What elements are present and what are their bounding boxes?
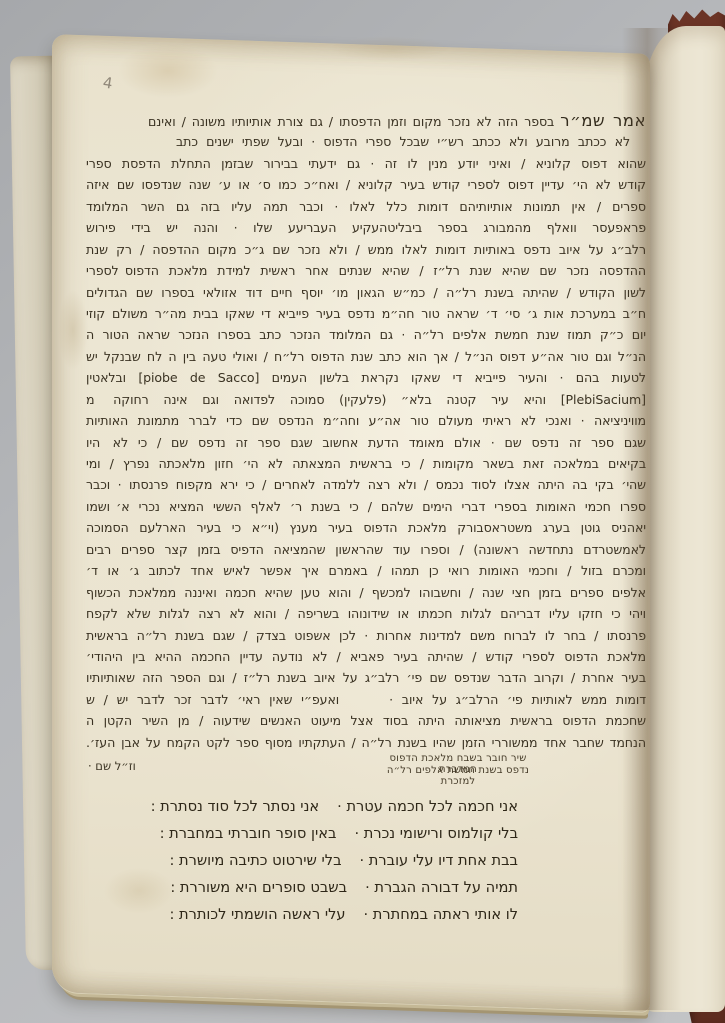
poem-hemistich-left: בלי שירטוט כתיבה מיושרת : [169, 851, 341, 871]
text-line: ח״ב במערכת אות ג׳ סי׳ ד׳ שראה טור חה״מ נ… [86, 303, 646, 324]
text-line: ומכרם בזול / וחכמי האומות רואי כן תמהו /… [86, 560, 646, 581]
poem-row: בלי קולמוס ורישומי נכרת · באין סופר חובר… [151, 824, 518, 844]
poem-row: אני חכמה לכל חכמה עטרת · אני נסתר לכל סו… [151, 797, 518, 817]
text-line: לא ככתב מרובע ולא ככתב רש״י שבכל ספרי הד… [86, 131, 646, 152]
text-line: הנחמד שחבר אחד ממשוררי הזמן שהיו בשנת רל… [86, 732, 646, 753]
printed-text-block: אמר שמ״ר בספר הזה לא נזכר מקום וזמן הדפס… [86, 110, 646, 925]
poem-hemistich-right: בבת אחת דיו עלי עוברת · [360, 851, 518, 871]
text-line: מוויניציאה · ואנכי לא ראיתי מעולם טור אה… [86, 410, 646, 431]
text-line: לטעות בהם · והעיר פייביא די שאקו נקראת ב… [86, 367, 646, 388]
page-stain [118, 44, 218, 98]
text-line: רלב״ג על איוב נדפס באותיות דומות לאלו ממ… [86, 239, 646, 260]
facing-blank-page [644, 26, 725, 1012]
poem-row: תמיה על דבורה הגברת · בשבט סופרים היא מש… [151, 878, 518, 898]
poem-colophon-header: וז״ל שם · שיר חובר בשבח מלאכת הדפוס המדב… [86, 753, 646, 783]
poem-hemistich-left: בשבט סופרים היא משוררת : [170, 878, 347, 898]
poem-hemistich-left: באין סופר חוברתי במחברת : [160, 824, 337, 844]
text-line: ספרו חכמי האומות בספרי דברי הימים שלהם /… [86, 496, 646, 517]
poem-hemistich-right: לו אותי ראתה במחתרת · [364, 905, 518, 925]
text-line: יאהניס גוטן בערג משטראסבורק מלאכת הדפוס … [86, 517, 646, 538]
page-stain [58, 290, 88, 370]
text-line: בקיאים במלאכה זאת בשאר מקומות / כי בראשי… [86, 453, 646, 474]
text-line: בעיר אחרת / וקרוב הדבר שנדפס שם פי׳ רלב״… [86, 667, 646, 688]
poem-row: בבת אחת דיו עלי עוברת · בלי שירטוט כתיבה… [151, 851, 518, 871]
poem-row: לו אותי ראתה במחתרת · עלי ראשה הושמתי לכ… [151, 905, 518, 925]
text-line: [PlebiSacium] והיא עיר קטנה בלא״ (פלעקין… [86, 389, 646, 410]
text-line: לאמשטרדם נתחדשה ראשונה) / וספרו עוד שהרא… [86, 539, 646, 560]
poem-hemistich-left: אני נסתר לכל סוד נסתרת : [151, 797, 320, 817]
printers-poem: אני חכמה לכל חכמה עטרת · אני נסתר לכל סו… [151, 797, 518, 925]
text-line: שהוא דפוס קלוניא / ואיני יודע מנין לו זה… [86, 153, 646, 174]
book-photograph: { "colors":{ "background_grey":"#b6b8bb"… [0, 0, 725, 1023]
poem-hemistich-left: עלי ראשה הושמתי לכותרת : [169, 905, 345, 925]
text-line: פראפעסר וואלף מהמבורג בספר ביבליטהעקיע ה… [86, 217, 646, 238]
text-line: אמר שמ״ר בספר הזה לא נזכר מקום וזמן הדפס… [86, 110, 646, 131]
text-line-rest: בספר הזה לא נזכר מקום וזמן הדפסתו / גם צ… [148, 114, 554, 129]
text-line: פרנסתו / בחר לו לברוח משם למדינות אחרות … [86, 625, 646, 646]
text-line: ספרים / אין תמונות אותיותיהם דומות כלל ל… [86, 196, 646, 217]
poem-hemistich-right: אני חכמה לכל חכמה עטרת · [337, 797, 518, 817]
text-line: שגם ספר זה נדפס שם · אולם מאומד הדעת אחש… [86, 432, 646, 453]
text-line: ויהי כי חזקו עליו דבריהם לגלות חכמתו או … [86, 603, 646, 624]
colophon-marginal-note: וז״ל שם · [88, 759, 136, 773]
poem-hemistich-right: תמיה על דבורה הגברת · [365, 878, 518, 898]
text-line: יום כ״ק תמוז שנת חמשת אלפים רל״ה · גם המ… [86, 324, 646, 345]
opener-word: אמר שמ״ר [560, 111, 646, 130]
text-line: דומות ממש לאותיות פי׳ הרלב״ג על איוב · ו… [86, 689, 646, 710]
text-line: שחכמת הדפוס בראשית מציאותה היתה בסוד אצל… [86, 710, 646, 731]
poem-hemistich-right: בלי קולמוס ורישומי נכרת · [354, 824, 518, 844]
text-line: הנ״ל וגם טור אה״ע דפוס הנ״ל / אך הוא כתב… [86, 346, 646, 367]
text-line: שהי׳ בקי בה היתה אצלו לסוד נכמס / ולא רצ… [86, 474, 646, 495]
text-line: קודש לא הי׳ עדיין דפוס לספרי קודש בעיר ק… [86, 174, 646, 195]
text-line: ההדפסה נזכר שם שהיא שנת רל״ז / שהיא שנתי… [86, 260, 646, 281]
text-line: אלפים ספרים בזמן חצי שנה / וחשבוהו למכשף… [86, 582, 646, 603]
text-line: מלאכת הדפוס לספרי קודש / שהיתה בעיר פאבי… [86, 646, 646, 667]
text-line: לשון הקודש / שהיתה בשנת רל״ה / כמ״ש הגאו… [86, 282, 646, 303]
poem-title-line-2: נדפס בשנת חמשת אלפים רל״ה למזכרת [381, 765, 535, 787]
page-stain [330, 36, 450, 62]
